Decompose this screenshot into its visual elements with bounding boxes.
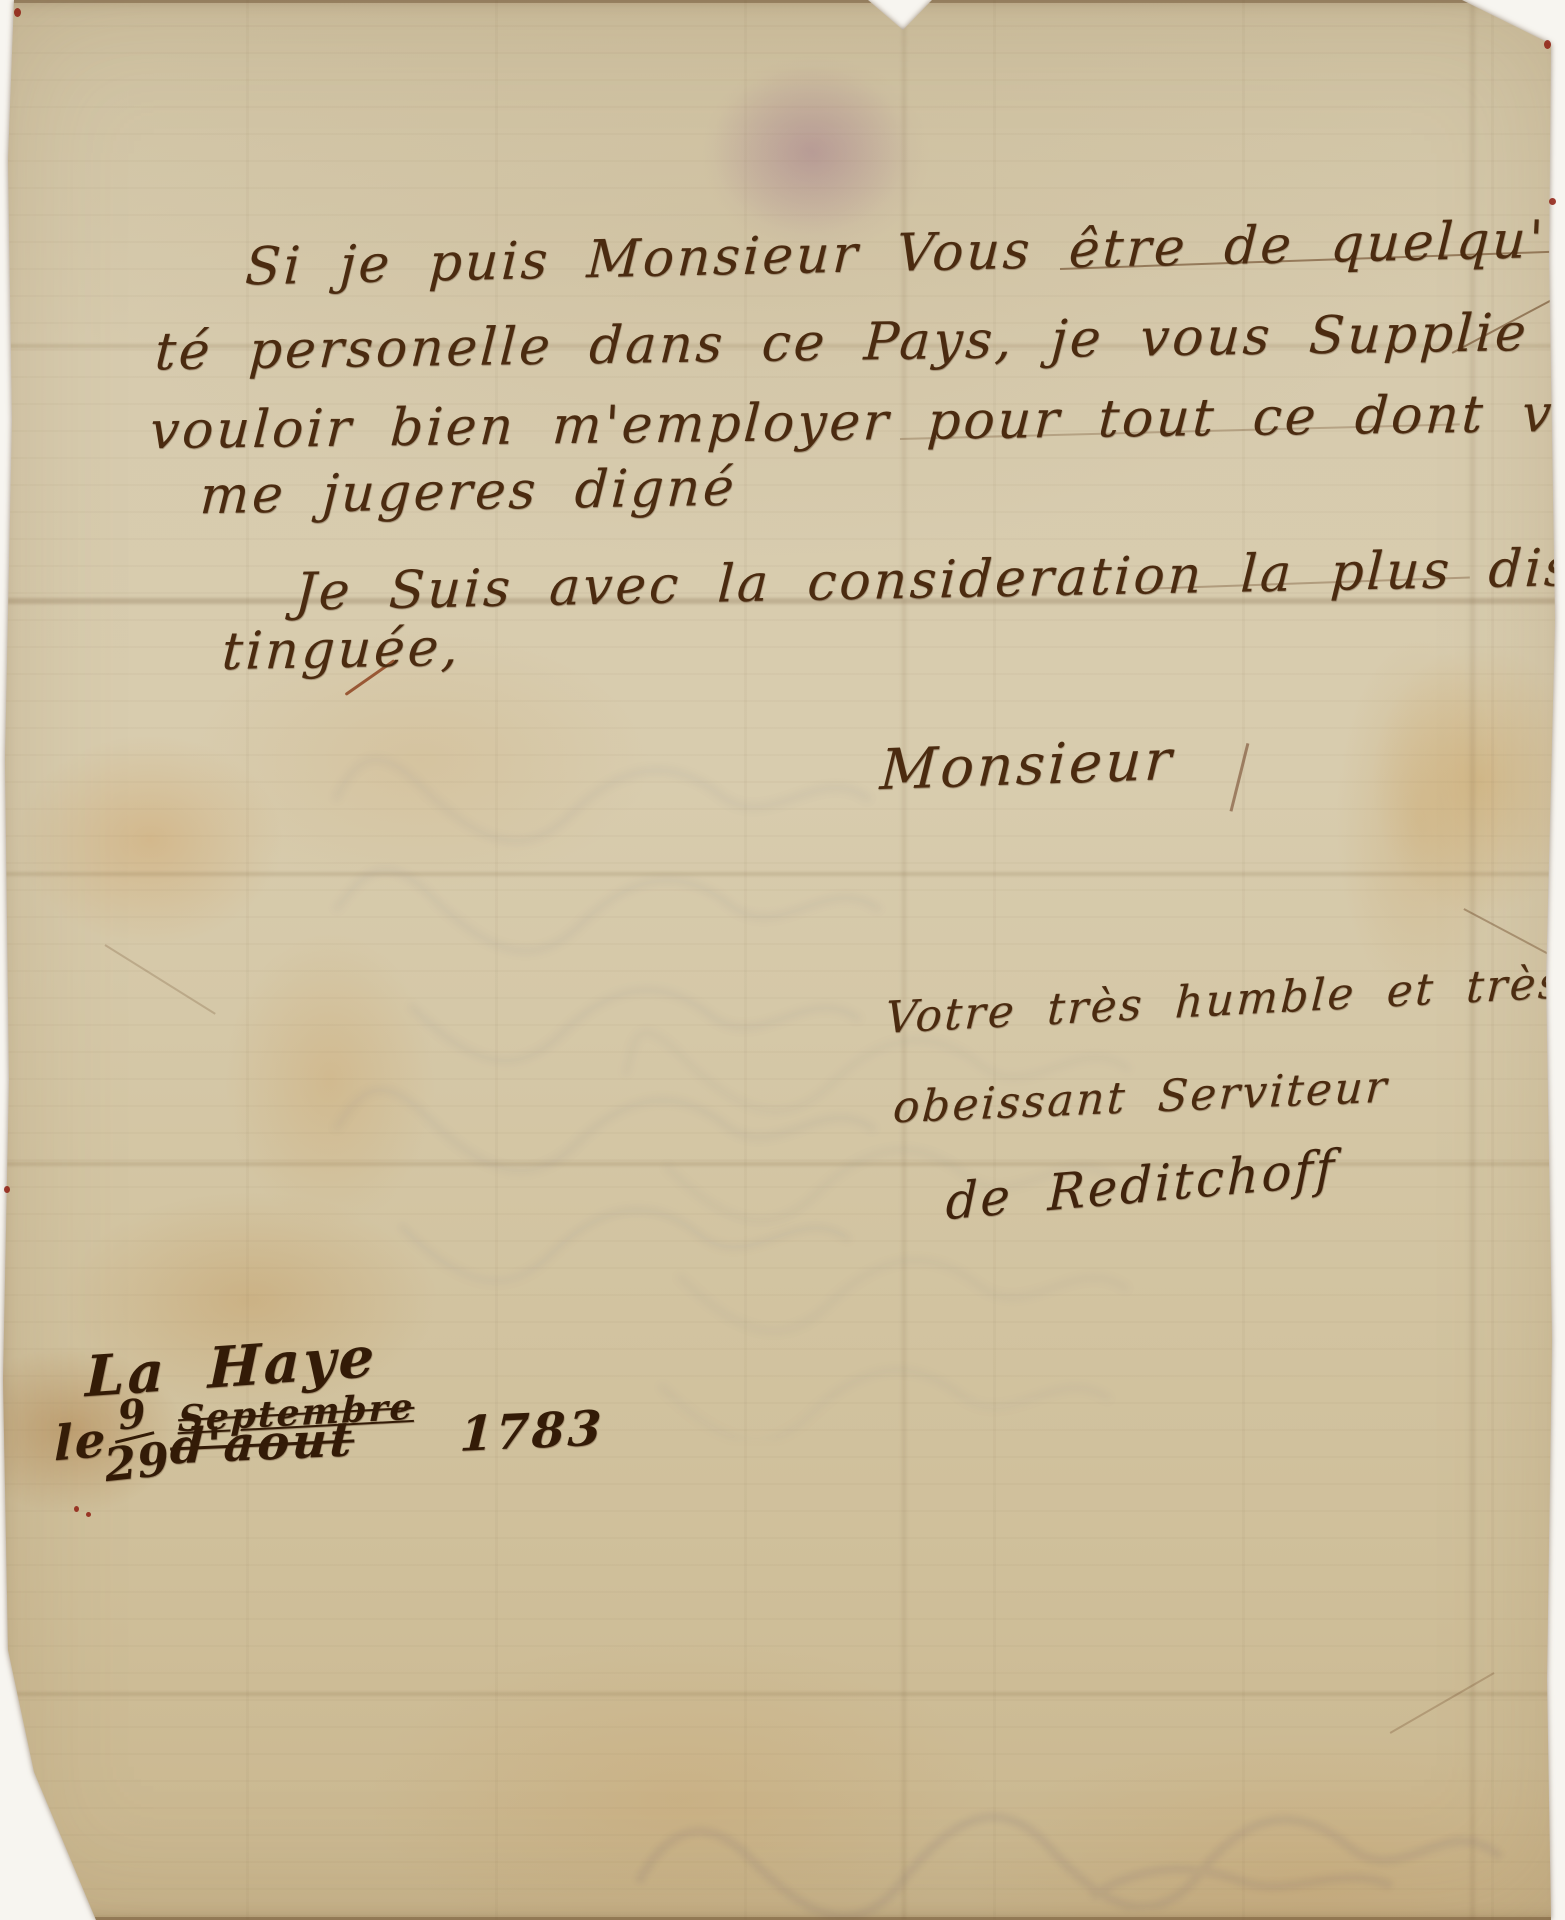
fold-crease [902,0,906,1920]
salutation: Monsieur [878,728,1176,803]
ink-flourish [1452,291,1565,353]
dateline-year: 1783 [459,1400,605,1462]
red-speck [4,1186,10,1193]
dateline-month-inserted: Septembre [177,1386,415,1441]
red-speck [86,1512,91,1517]
pen-scratch [1390,1672,1495,1733]
dateline-le: le [54,1412,108,1473]
pen-scratch [1464,908,1562,961]
fold-crease [0,1692,1565,1696]
ink-flourish [1060,251,1550,270]
dateline-day-fraction: 9 29 [98,1393,173,1488]
fold-crease [1470,0,1475,1920]
red-speck [1544,40,1551,49]
valediction-line: Votre très humble et très [884,957,1564,1044]
bleed-through-writing [628,1787,1511,1920]
ink-mark [1230,743,1250,812]
fold-crease [0,344,1565,348]
body-line: Si je puis Monsieur Vous être de quelqu'… [244,207,1565,298]
dateline-month-year: d'aout 1783 [169,1400,605,1475]
body-line: me jugeres digné [198,458,738,526]
fold-crease [0,872,1565,876]
body-line: vouloir bien m'employer pour tout ce don… [148,383,1565,461]
closing-line: Je Suis avec la consideration la plus di… [294,537,1565,623]
scanned-letter-page: { "letter": { "body": [ "Si je puis Mons… [0,0,1565,1920]
paper-sheet: Si je puis Monsieur Vous être de quelqu'… [0,0,1565,1920]
dateline-place: La Haye [85,1324,378,1411]
fraction-bar [115,1431,155,1444]
bleed-through-writing [330,740,890,1300]
pen-scratch [104,944,215,1015]
ink-flourish [1140,576,1470,590]
closing-line: tinguée, [220,618,462,682]
bleed-through-writing [620,1020,1140,1440]
fold-crease [0,1162,1565,1166]
seal-stain [700,55,930,255]
dateline-month-struck: d'aout [169,1411,356,1475]
dateline-day-old-style: 29 [102,1438,172,1488]
red-speck [14,8,21,17]
paper-sheet-wrap: Si je puis Monsieur Vous être de quelqu'… [0,0,1565,1920]
red-fiber [345,659,396,696]
dateline-day-new-style: 9 [116,1395,149,1436]
signature: de Reditchoff [945,1139,1337,1232]
fold-crease [0,598,1565,604]
body-line: té personelle dans ce Pays, je vous Supp… [153,302,1565,383]
valediction-line: obeissant Serviteur [892,1062,1391,1134]
red-speck [74,1506,79,1512]
red-speck [1549,198,1556,205]
ink-flourish [900,423,1460,440]
